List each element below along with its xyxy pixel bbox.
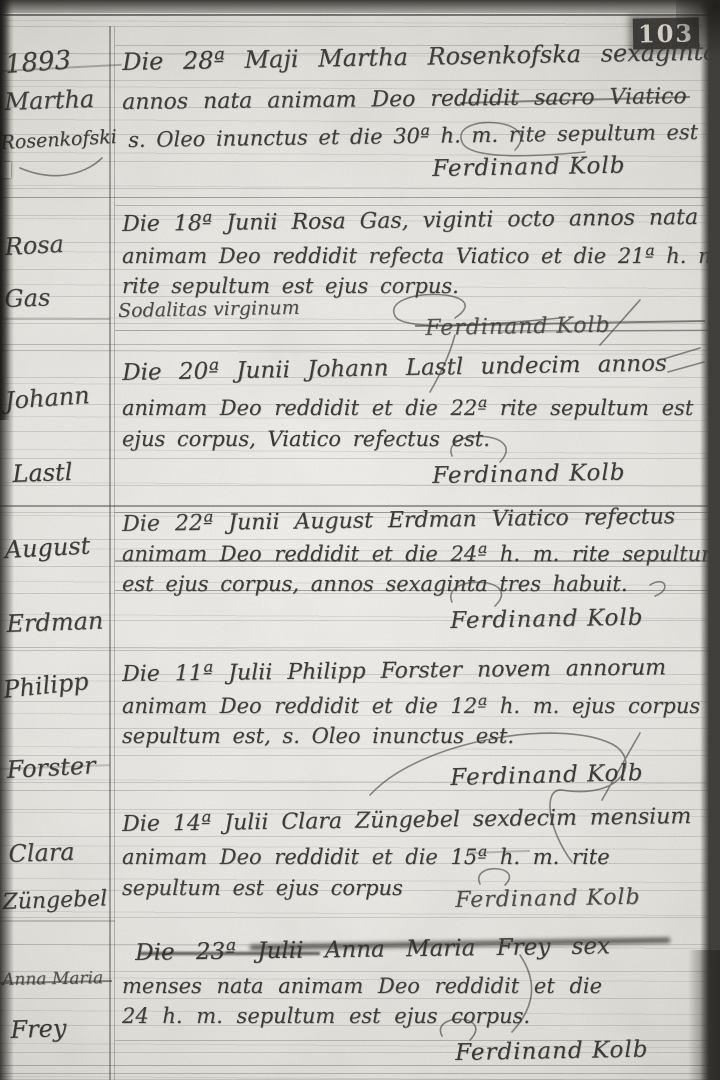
priest-signature: Ferdinand Kolb xyxy=(450,760,644,791)
margin-name: Rosa xyxy=(4,230,65,261)
record-line: animam Deo reddidit et die 24ª h. m. rit… xyxy=(122,542,720,566)
ink-smudge xyxy=(140,952,320,955)
record-line: animam Deo reddidit refecta Viatico et d… xyxy=(122,244,720,268)
margin-name: Züngebel xyxy=(2,886,108,915)
ruled-line xyxy=(0,14,720,16)
record-line: animam Deo reddidit et die 15ª h. m. rit… xyxy=(122,845,610,869)
record-line: sepultum est, s. Oleo inunctus est. xyxy=(122,724,514,748)
record-line: rite sepultum est ejus corpus. xyxy=(122,274,459,298)
margin-name: August xyxy=(4,532,91,564)
scan-edge-right xyxy=(700,0,720,1080)
record-line: Die 11ª Julii Philipp Forster novem anno… xyxy=(122,655,666,687)
scan-corner-bottom-right xyxy=(688,950,720,1080)
year-note: 1893 xyxy=(4,45,72,80)
record-line: animam Deo reddidit et die 22ª rite sepu… xyxy=(122,396,693,420)
record-line: Die 23ª Julii Anna Maria Frey sex xyxy=(135,933,610,966)
ruled-line xyxy=(0,344,720,345)
margin-name: Martha xyxy=(4,85,95,116)
sodality-note: Sodalitas virginum xyxy=(118,297,300,322)
margin-name: Lastl xyxy=(12,458,73,488)
ruled-line xyxy=(0,790,720,791)
record-line: Die 14ª Julii Clara Züngebel sexdecim me… xyxy=(122,804,691,837)
scan-edge-top xyxy=(0,0,720,13)
record-line: Die 18ª Junii Rosa Gas, viginti octo ann… xyxy=(122,205,698,237)
margin-name: Johann xyxy=(4,381,90,415)
film-edge-tab xyxy=(0,162,11,178)
ruled-line xyxy=(0,197,720,198)
margin-name: Rosenkofski xyxy=(0,126,117,154)
record-line: sepultum est ejus corpus xyxy=(122,876,403,900)
ruled-line xyxy=(0,1065,720,1066)
margin-underline xyxy=(0,318,110,320)
margin-name: Erdman xyxy=(6,607,104,638)
record-line: est ejus corpus, annos sexaginta tres ha… xyxy=(122,572,628,596)
record-line: ejus corpus, Viatico refectus est. xyxy=(122,427,490,451)
register-page-scan: 103 1893 Martha Rosenkofski Die 28ª Maji… xyxy=(0,0,720,1080)
record-line: Die 20ª Junii Johann Lastl undecim annos xyxy=(122,350,667,386)
priest-signature: Ferdinand Kolb xyxy=(450,605,644,634)
priest-signature: Ferdinand Kolb xyxy=(455,885,641,913)
record-line: s. Oleo inunctus et die 30ª h. m. rite s… xyxy=(128,118,720,152)
record-line: menses nata animam Deo reddidit et die xyxy=(122,974,602,998)
record-line: animam Deo reddidit et die 12ª h. m. eju… xyxy=(122,694,700,718)
margin-underline xyxy=(0,920,115,922)
margin-name: Philipp xyxy=(2,667,90,704)
record-line: Die 22ª Junii August Erdman Viatico refe… xyxy=(122,504,675,537)
margin-name: Frey xyxy=(10,1014,67,1044)
ruled-line xyxy=(0,1073,720,1074)
ruled-line xyxy=(0,650,720,651)
priest-signature: Ferdinand Kolb xyxy=(432,460,626,489)
margin-name: Clara xyxy=(8,838,75,868)
record-line: Die 28ª Maji Martha Rosenkofska sexagint… xyxy=(122,38,718,76)
margin-name: Gas xyxy=(4,283,51,313)
record-line: 24 h. m. sepultum est ejus corpus. xyxy=(122,1004,530,1028)
priest-signature: Ferdinand Kolb xyxy=(455,1037,649,1066)
margin-name: Anna Maria xyxy=(2,968,103,990)
priest-signature: Ferdinand Kolb xyxy=(432,153,626,182)
priest-signature: Ferdinand Kolb xyxy=(425,313,611,341)
